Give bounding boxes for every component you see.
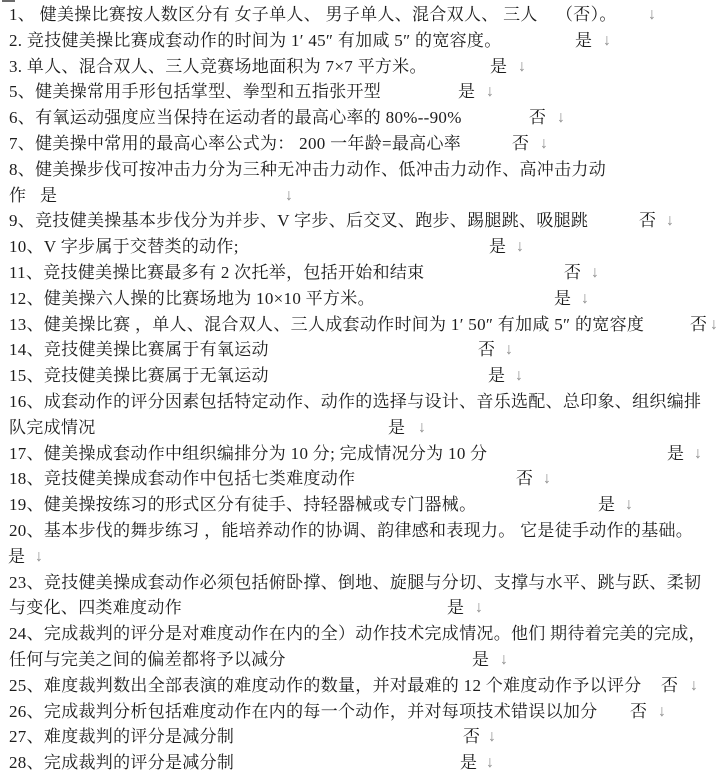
question-row: 17、健美操成套动作中组织编排分为 10 分; 完成情况分为 10 分 是 ↓ [0,441,717,467]
answer-text: 否 [512,131,529,157]
question-row: 8、健美操步伐可按冲击力分为三种无冲击力动作、低冲击力动作、高冲击力动 [0,157,717,183]
question-row: 6、有氧运动强度应当保持在运动者的最高心率的 80%--90% 否 ↓ [0,105,717,131]
question-row: 与变化、四类难度动作 是 ↓ [0,595,717,621]
question-text: 1、 健美操比赛按人数区分有 女子单人、 男子单人、混合双人、 三人 [9,5,538,24]
answer-text: 是 [8,544,25,570]
question-text: 23、竞技健美操成套动作必须包括俯卧撑、倒地、旋腿与分切、支撑与水平、跳与跃、柔… [9,573,701,592]
line-break-arrow-icon: ↓ [666,208,674,234]
answer-text: 否 [478,337,495,363]
question-text: 9、竞技健美操基本步伐分为并步、V 字步、后交叉、跑步、踢腿跳、吸腿跳 [9,211,588,230]
exam-document-page: 1、 健美操比赛按人数区分有 女子单人、 男子单人、混合双人、 三人 （否）。 … [0,0,717,778]
line-break-arrow-icon: ↓ [543,466,551,492]
line-break-arrow-icon: ↓ [35,544,43,570]
question-text: 16、成套动作的评分因素包括特定动作、动作的选择与设计、音乐选配、总印象、组织编… [9,392,701,411]
question-row: 任何与完美之间的偏差都将予以减分 是 ↓ [0,647,717,673]
question-text: 18、竞技健美操成套动作中包括七类难度动作 [9,469,355,488]
question-row: 7、健美操中常用的最高心率公式为： 200 一年龄=最高心率 否 ↓ [0,131,717,157]
question-text: 2. 竞技健美操比赛成套动作的时间为 1′ 45″ 有加咸 5″ 的宽容度。 [9,31,502,50]
question-text: 24、完成裁判的评分是对难度动作在内的全）动作技术完成情况。他们 期待着完美的完… [9,624,706,643]
line-break-arrow-icon: ↓ [603,28,611,54]
line-break-arrow-icon: ↓ [710,312,717,338]
answer-text: 是 [458,79,475,105]
question-text: 5、健美操常用手形包括掌型、拳型和五指张开型 [9,82,381,101]
question-row: 作 是 ↓ [0,183,717,209]
question-row: 11、竞技健美操比赛最多有 2 次托举，包括开始和结束 否 ↓ [0,260,717,286]
answer-text: 是 [667,441,684,467]
question-text: 队完成情况 [9,418,96,437]
question-row: 9、竞技健美操基本步伐分为并步、V 字步、后交叉、跑步、踢腿跳、吸腿跳 否 ↓ [0,208,717,234]
answer-text: 是 [489,234,506,260]
answer-text: 是 [472,647,489,673]
line-break-arrow-icon: ↓ [475,595,483,621]
question-text: 13、健美操比赛 ，单人、混合双人、三人成套动作时间为 1′ 50″ 有加咸 5… [9,315,644,334]
question-text: 28、完成裁判的评分是减分制 [9,753,234,772]
answer-text: 是 [460,750,477,776]
question-text: 3. 单人、混合双人、三人竞赛场地面积为 7×7 平方米。 [9,57,427,76]
question-text: 6、有氧运动强度应当保持在运动者的最高心率的 80%--90% [9,108,462,127]
answer-text: 是 [388,415,405,441]
line-break-arrow-icon: ↓ [285,183,293,209]
question-text: 8、健美操步伐可按冲击力分为三种无冲击力动作、低冲击力动作、高冲击力动 [9,160,606,179]
question-row: 23、竞技健美操成套动作必须包括俯卧撑、倒地、旋腿与分切、支撑与水平、跳与跃、柔… [0,570,717,596]
line-break-arrow-icon: ↓ [694,441,702,467]
question-row: 5、健美操常用手形包括掌型、拳型和五指张开型 是 ↓ [0,79,717,105]
question-text: 15、竞技健美操比赛属于无氧运动 [9,366,269,385]
question-text: 26、完成裁判分析包括难度动作在内的每一个动作，并对每项技术错误以加分 [9,702,598,721]
answer-text: 否 [516,466,533,492]
answer-text: 否 [529,105,546,131]
line-break-arrow-icon: ↓ [518,54,526,80]
question-text: 27、难度裁判的评分是减分制 [9,727,234,746]
answer-text: 否 [661,673,678,699]
question-text: 17、健美操成套动作中组织编排分为 10 分; 完成情况分为 10 分 [9,444,487,463]
question-row: 25、难度裁判数出全部表演的难度动作的数量，并对最难的 12 个难度动作予以评分… [0,673,717,699]
answer-text: 否 [690,312,707,338]
answer-text: 是 [554,286,571,312]
question-row: 20、基本步伐的舞步练习 ，能培养动作的协调、韵律感和表现力。 它是徒手动作的基… [0,518,717,544]
line-break-arrow-icon: ↓ [418,415,426,441]
line-break-arrow-icon: ↓ [515,363,523,389]
question-row: 18、竞技健美操成套动作中包括七类难度动作 否 ↓ [0,466,717,492]
answer-text: 是 [447,595,464,621]
question-text: 14、竞技健美操比赛属于有氧运动 [9,340,269,359]
question-row: 1、 健美操比赛按人数区分有 女子单人、 男子单人、混合双人、 三人 （否）。 … [0,2,717,28]
question-row: 12、健美操六人操的比赛场地为 10×10 平方米。 是 ↓ [0,286,717,312]
line-break-arrow-icon: ↓ [540,131,548,157]
question-text: 作 [9,186,26,205]
question-row: 3. 单人、混合双人、三人竞赛场地面积为 7×7 平方米。 是 ↓ [0,54,717,80]
answer-text: 否 [630,699,647,725]
question-row: 队完成情况 是 ↓ [0,415,717,441]
answer-text: 是 [488,363,505,389]
question-row: 28、完成裁判的评分是减分制 是 ↓ [0,750,717,776]
answer-text: （否）。 [556,2,617,28]
line-break-arrow-icon: ↓ [581,286,589,312]
answer-text: 是 [40,183,57,209]
line-break-arrow-icon: ↓ [486,750,494,776]
question-row: 14、竞技健美操比赛属于有氧运动 否 ↓ [0,337,717,363]
line-break-arrow-icon: ↓ [625,492,633,518]
question-row: 2. 竞技健美操比赛成套动作的时间为 1′ 45″ 有加咸 5″ 的宽容度。 是… [0,28,717,54]
answer-text: 是 [598,492,615,518]
question-text: 25、难度裁判数出全部表演的难度动作的数量，并对最难的 12 个难度动作予以评分 [9,676,642,695]
question-text: 11、竞技健美操比赛最多有 2 次托举，包括开始和结束 [9,263,424,282]
line-break-arrow-icon: ↓ [500,647,508,673]
question-text: 7、健美操中常用的最高心率公式为： 200 一年龄=最高心率 [9,134,461,153]
line-break-arrow-icon: ↓ [690,673,698,699]
question-text: 19、健美操按练习的形式区分有徒手、持轻器械或专门器械。 [9,495,476,514]
question-row: 10、V 字步属于交替类的动作; 是 ↓ [0,234,717,260]
question-row: 24、完成裁判的评分是对难度动作在内的全）动作技术完成情况。他们 期待着完美的完… [0,621,717,647]
question-row: 是 ↓ [0,544,717,570]
line-break-arrow-icon: ↓ [486,79,494,105]
question-row: 13、健美操比赛 ，单人、混合双人、三人成套动作时间为 1′ 50″ 有加咸 5… [0,312,717,338]
answer-text: 否 [463,724,480,750]
line-break-arrow-icon: ↓ [658,699,666,725]
answer-text: 否 [564,260,581,286]
line-break-arrow-icon: ↓ [557,105,565,131]
line-break-arrow-icon: ↓ [648,2,656,28]
line-break-arrow-icon: ↓ [516,234,524,260]
question-text: 任何与完美之间的偏差都将予以减分 [9,650,286,669]
question-text: 与变化、四类难度动作 [9,598,182,617]
question-row: 26、完成裁判分析包括难度动作在内的每一个动作，并对每项技术错误以加分 否 ↓ [0,699,717,725]
question-row: 15、竞技健美操比赛属于无氧运动 是 ↓ [0,363,717,389]
question-text: 20、基本步伐的舞步练习 ，能培养动作的协调、韵律感和表现力。 它是徒手动作的基… [9,521,693,540]
document-body: 1、 健美操比赛按人数区分有 女子单人、 男子单人、混合双人、 三人 （否）。 … [0,2,717,776]
line-break-arrow-icon: ↓ [591,260,599,286]
line-break-arrow-icon: ↓ [488,724,496,750]
question-row: 27、难度裁判的评分是减分制 否 ↓ [0,724,717,750]
answer-text: 是 [490,54,507,80]
question-text: 10、V 字步属于交替类的动作; [9,237,239,256]
question-text: 12、健美操六人操的比赛场地为 10×10 平方米。 [9,289,375,308]
question-row: 19、健美操按练习的形式区分有徒手、持轻器械或专门器械。 是 ↓ [0,492,717,518]
question-row: 16、成套动作的评分因素包括特定动作、动作的选择与设计、音乐选配、总印象、组织编… [0,389,717,415]
line-break-arrow-icon: ↓ [505,337,513,363]
answer-text: 是 [575,28,592,54]
answer-text: 否 [639,208,656,234]
